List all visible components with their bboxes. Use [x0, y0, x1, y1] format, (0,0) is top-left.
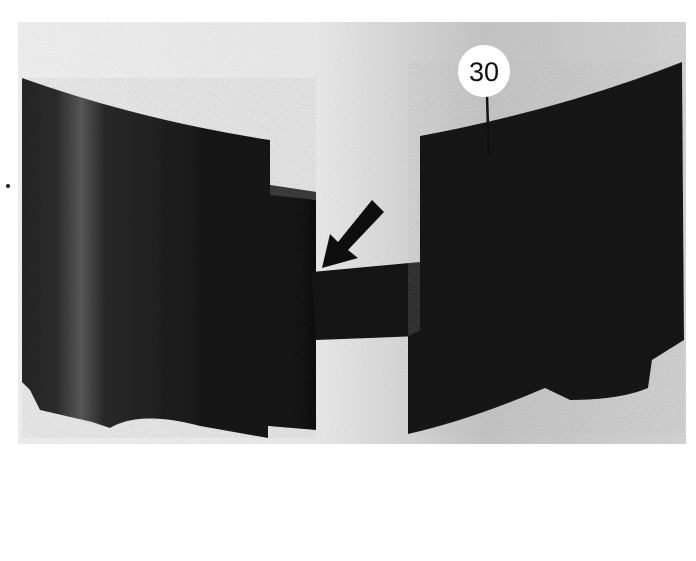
callout-label: 30	[469, 57, 499, 87]
figure-photo: 30	[0, 0, 696, 561]
connecting-bridge	[312, 262, 420, 340]
